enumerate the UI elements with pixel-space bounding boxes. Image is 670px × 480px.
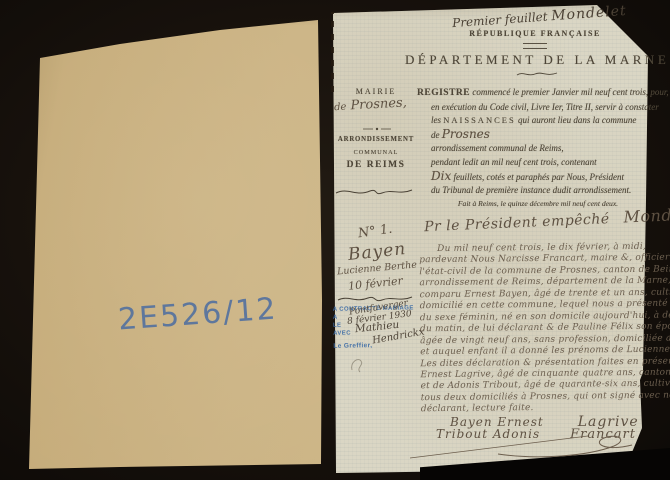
signature-flourish <box>408 430 638 462</box>
preamble-line6: pendant ledit an mil neuf cent trois, co… <box>417 156 659 170</box>
commune-de: de <box>334 102 347 114</box>
squiggle-ornament <box>515 70 559 78</box>
dot-line-ornament <box>362 126 392 132</box>
communal-label: COMMUNAL <box>336 149 416 156</box>
republique-francaise-heading: RÉPUBLIQUE FRANÇAISE <box>420 29 650 38</box>
birth-act-text: Du mil neuf cent trois, le dix février, … <box>419 242 655 416</box>
president-signature: Mondelet <box>623 204 670 227</box>
feuillet-count-handwritten: Dix <box>431 169 451 183</box>
de-reims-label: DE REIMS <box>336 160 416 170</box>
preamble-line8: du Tribunal de première instance dudit a… <box>417 184 659 198</box>
arrondissement-label: ARRONDISSEMENT <box>336 136 416 143</box>
preamble-de: de <box>431 130 440 140</box>
binding-stitches <box>331 12 334 92</box>
pencil-mark <box>348 356 368 374</box>
preamble-line7: feuillets, cotés et paraphés par Nous, P… <box>451 172 624 182</box>
naissances-word: NAISSANCES <box>443 115 515 125</box>
commune-name: Prosnes, <box>350 95 407 113</box>
preamble-line5: arrondissement communal de Reims, <box>417 142 659 156</box>
departement-heading: DÉPARTEMENT DE LA MARNE <box>405 52 665 68</box>
double-rule-divider <box>523 43 547 49</box>
registre-word: REGISTRE <box>417 88 470 98</box>
flourish-divider <box>334 185 414 199</box>
preamble-line2: en exécution du Code civil, Livre Ier, T… <box>417 101 659 115</box>
preamble-line3-pre: les <box>431 115 443 125</box>
preamble-line1: commencé le premier Janvier mil neuf cen… <box>470 87 669 97</box>
commune-handwritten-inline: Prosnes <box>442 127 490 141</box>
register-preamble: REGISTRE commencé le premier Janvier mil… <box>417 86 659 198</box>
scanned-register-photo: 2E526/12 Premier feuillet Mondelet RÉPUB… <box>0 0 670 480</box>
preamble-line3-post: qui auront lieu dans la commune <box>516 115 637 125</box>
